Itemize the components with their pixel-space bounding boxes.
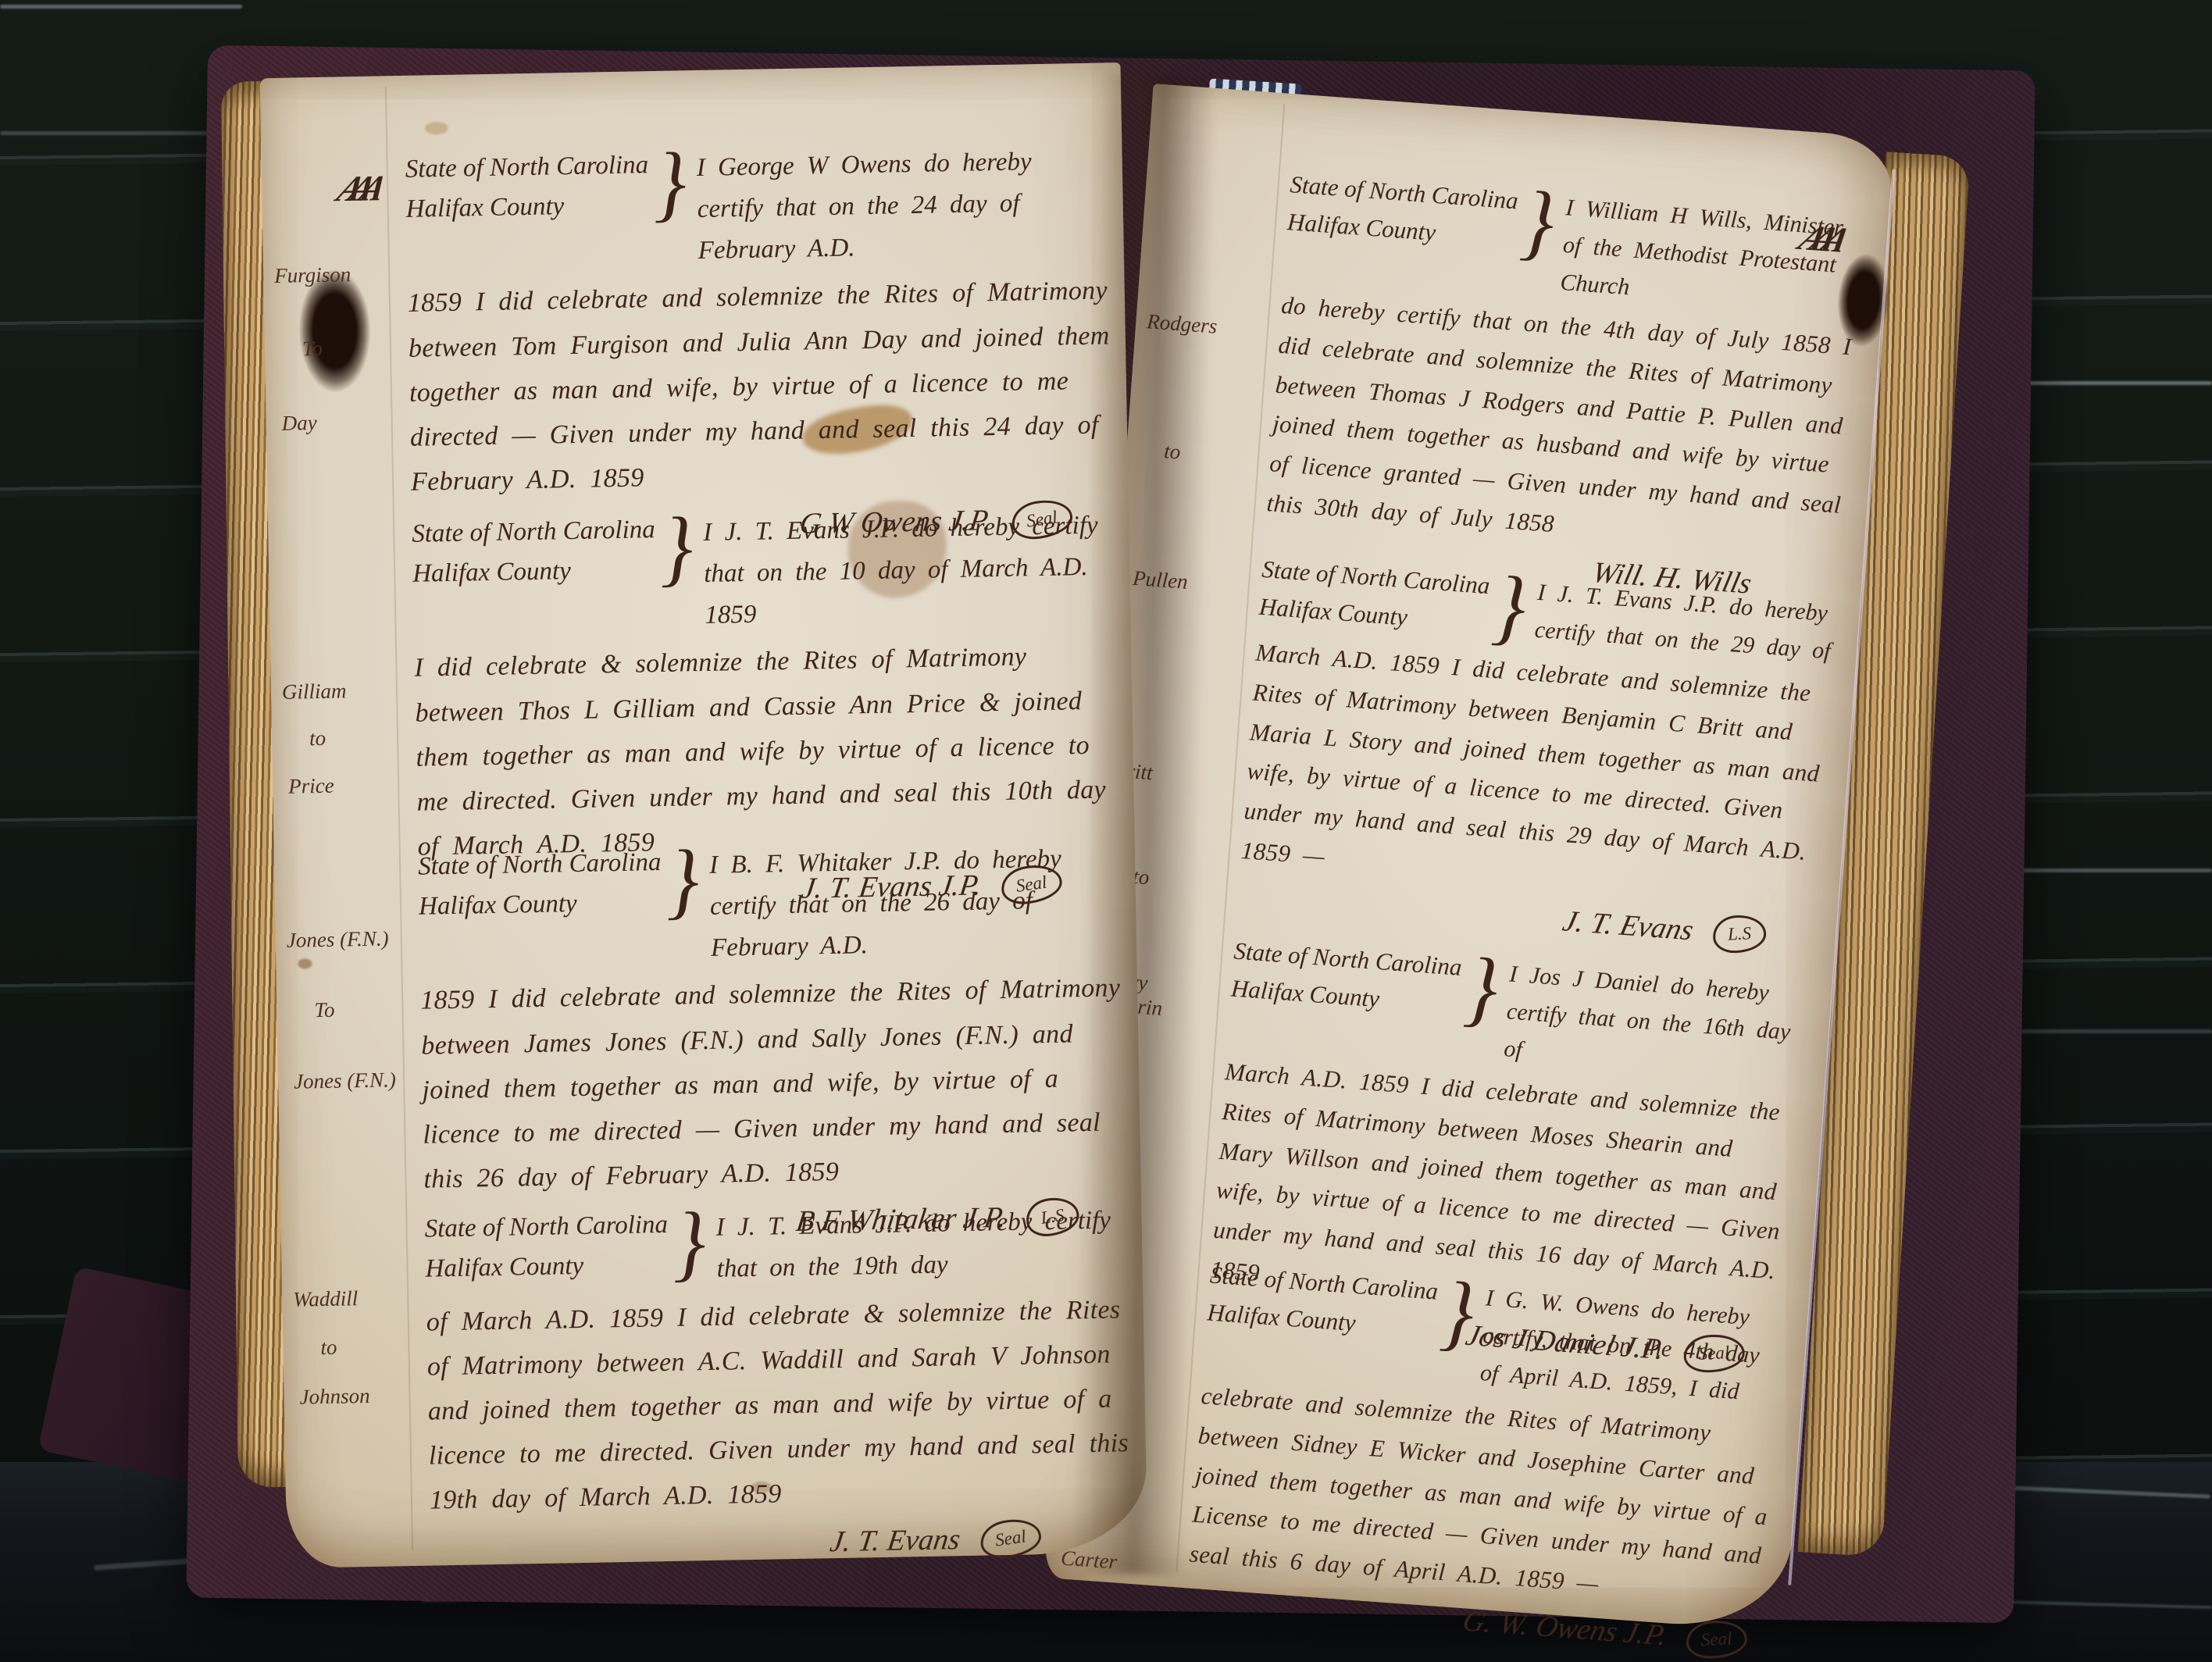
entry-heading: State of North Carolina Halifax County }…: [424, 1197, 1130, 1295]
opening-text: I Jos J Daniel do hereby certify that on…: [1503, 953, 1809, 1090]
entry-heading: State of North Carolina Halifax County }…: [405, 137, 1111, 276]
signature: J. T. Evans: [1559, 904, 1696, 948]
register-page-right: AAA Rodgers to Pullen State of North Car…: [1044, 84, 1895, 1632]
brace-glyph: }: [1490, 565, 1529, 649]
signature: J. T. Evans: [828, 1522, 962, 1559]
marriage-entry-jones-jones: Jones (F.N.) To Jones (F.N.) State of No…: [274, 834, 1142, 1250]
entry-text: State of North Carolina Halifax County }…: [1236, 551, 1836, 958]
certificate-text: do hereby certify that on the 4th day of…: [1265, 286, 1856, 565]
margin-groom: Waddill: [293, 1285, 412, 1312]
county-line: Halifax County: [425, 1245, 669, 1289]
opening-text: I G. W. Owens do hereby certify, that on…: [1479, 1276, 1785, 1414]
county-line: Halifax County: [405, 185, 649, 230]
entry-text: State of North Carolina Halifax County }…: [405, 137, 1116, 549]
seal-stamp: L.S: [1712, 914, 1767, 954]
margin-connector: to: [294, 1333, 413, 1361]
margin-note: Gilliam to Price: [282, 677, 403, 799]
certificate-text: of March A.D. 1859 I did celebrate & sol…: [426, 1287, 1134, 1523]
marriage-entry-britt-story: Britt to Story State of North Carolina H…: [1094, 540, 1862, 959]
margin-bride: Day: [276, 408, 396, 436]
photo-scene: AAA Rodgers to Pullen State of North Car…: [0, 0, 2212, 1662]
entry-heading: State of North Carolina Halifax County }…: [418, 834, 1125, 974]
register-page-left: AAA Furgison To Day State of North Carol…: [260, 62, 1148, 1568]
marriage-entry-rodgers-pullen: Rodgers to Pullen State of North Carolin…: [1118, 155, 1889, 609]
certificate-text: I did celebrate & solemnize the Rites of…: [414, 633, 1122, 869]
foxing-spot: [425, 122, 448, 135]
entry-text: State of North Carolina Halifax County }…: [418, 834, 1129, 1246]
entry-heading: State of North Carolina Halifax County }…: [412, 501, 1118, 641]
seal-stamp: Seal: [978, 1516, 1044, 1561]
margin-groom: Jones (F.N.): [287, 926, 406, 953]
brace-glyph: }: [672, 1203, 705, 1284]
margin-bride: Jones (F.N.): [289, 1067, 409, 1094]
entry-text: State of North Carolina Halifax County }…: [424, 1197, 1135, 1568]
slat-highlight: [0, 5, 242, 9]
state-line: State of North Carolina: [418, 843, 662, 887]
margin-note: Jones (F.N.) To Jones (F.N.): [287, 926, 409, 1094]
opening-text: I J. T. Evans J.P. do hereby certify tha…: [703, 501, 1118, 636]
certificate-text: 1859 I did celebrate and solemnize the R…: [420, 966, 1129, 1202]
certificate-text: celebrate and solemnize the Rites of Mat…: [1188, 1376, 1776, 1616]
certificate-text: 1859 I did celebrate and solemnize the R…: [407, 269, 1115, 505]
marriage-entry-waddill-johnson: Waddill to Johnson State of North Caroli…: [280, 1197, 1147, 1571]
seal-stamp: Seal: [1686, 1619, 1748, 1660]
entry-text: State of North Carolina Halifax County }…: [1262, 166, 1865, 607]
certificate-text: March A.D. 1859 I did celebrate and sole…: [1240, 633, 1830, 913]
brace-glyph: }: [1518, 181, 1557, 265]
margin-groom: Gilliam: [282, 677, 401, 704]
state-line: State of North Carolina: [405, 145, 648, 190]
margin-note: Waddill to Johnson: [293, 1285, 414, 1410]
brace-glyph: }: [653, 143, 687, 224]
opening-text: I J. T. Evans J.P. do hereby certify tha…: [715, 1197, 1130, 1289]
brace-glyph: }: [1462, 947, 1500, 1031]
opening-text: I William H Wills, Minister of the Metho…: [1559, 186, 1865, 323]
margin-connector: to: [283, 724, 402, 751]
county-line: Halifax County: [412, 550, 656, 594]
margin-connector: to: [1136, 437, 1257, 470]
marriage-entry-furgison-day: Furgison To Day State of North Carolina …: [261, 137, 1129, 552]
county-line: Halifax County: [419, 883, 662, 927]
margin-connector: To: [287, 996, 407, 1023]
opening-text: I George W Owens do hereby certify that …: [696, 137, 1111, 271]
margin-note: Furgison To Day: [274, 261, 396, 436]
margin-connector: To: [276, 335, 395, 362]
brace-glyph: }: [659, 508, 693, 589]
margin-groom: Furgison: [274, 261, 394, 288]
slat-highlight: [0, 131, 207, 135]
margin-groom: Rodgers: [1146, 309, 1266, 342]
opening-text: I B. F. Whitaker J.P. do hereby certify …: [709, 834, 1125, 968]
state-line: State of North Carolina: [412, 510, 655, 555]
entry-text: State of North Carolina Halifax County }…: [1185, 1256, 1785, 1661]
brace-glyph: }: [665, 840, 699, 922]
brace-glyph: }: [1438, 1271, 1476, 1355]
marriage-entry-wicker-carter: Wicker To Carter State of North Carolina…: [1041, 1246, 1810, 1662]
margin-bride: Johnson: [294, 1382, 414, 1410]
state-line: State of North Carolina: [424, 1205, 668, 1250]
margin-bride: Price: [284, 772, 403, 799]
